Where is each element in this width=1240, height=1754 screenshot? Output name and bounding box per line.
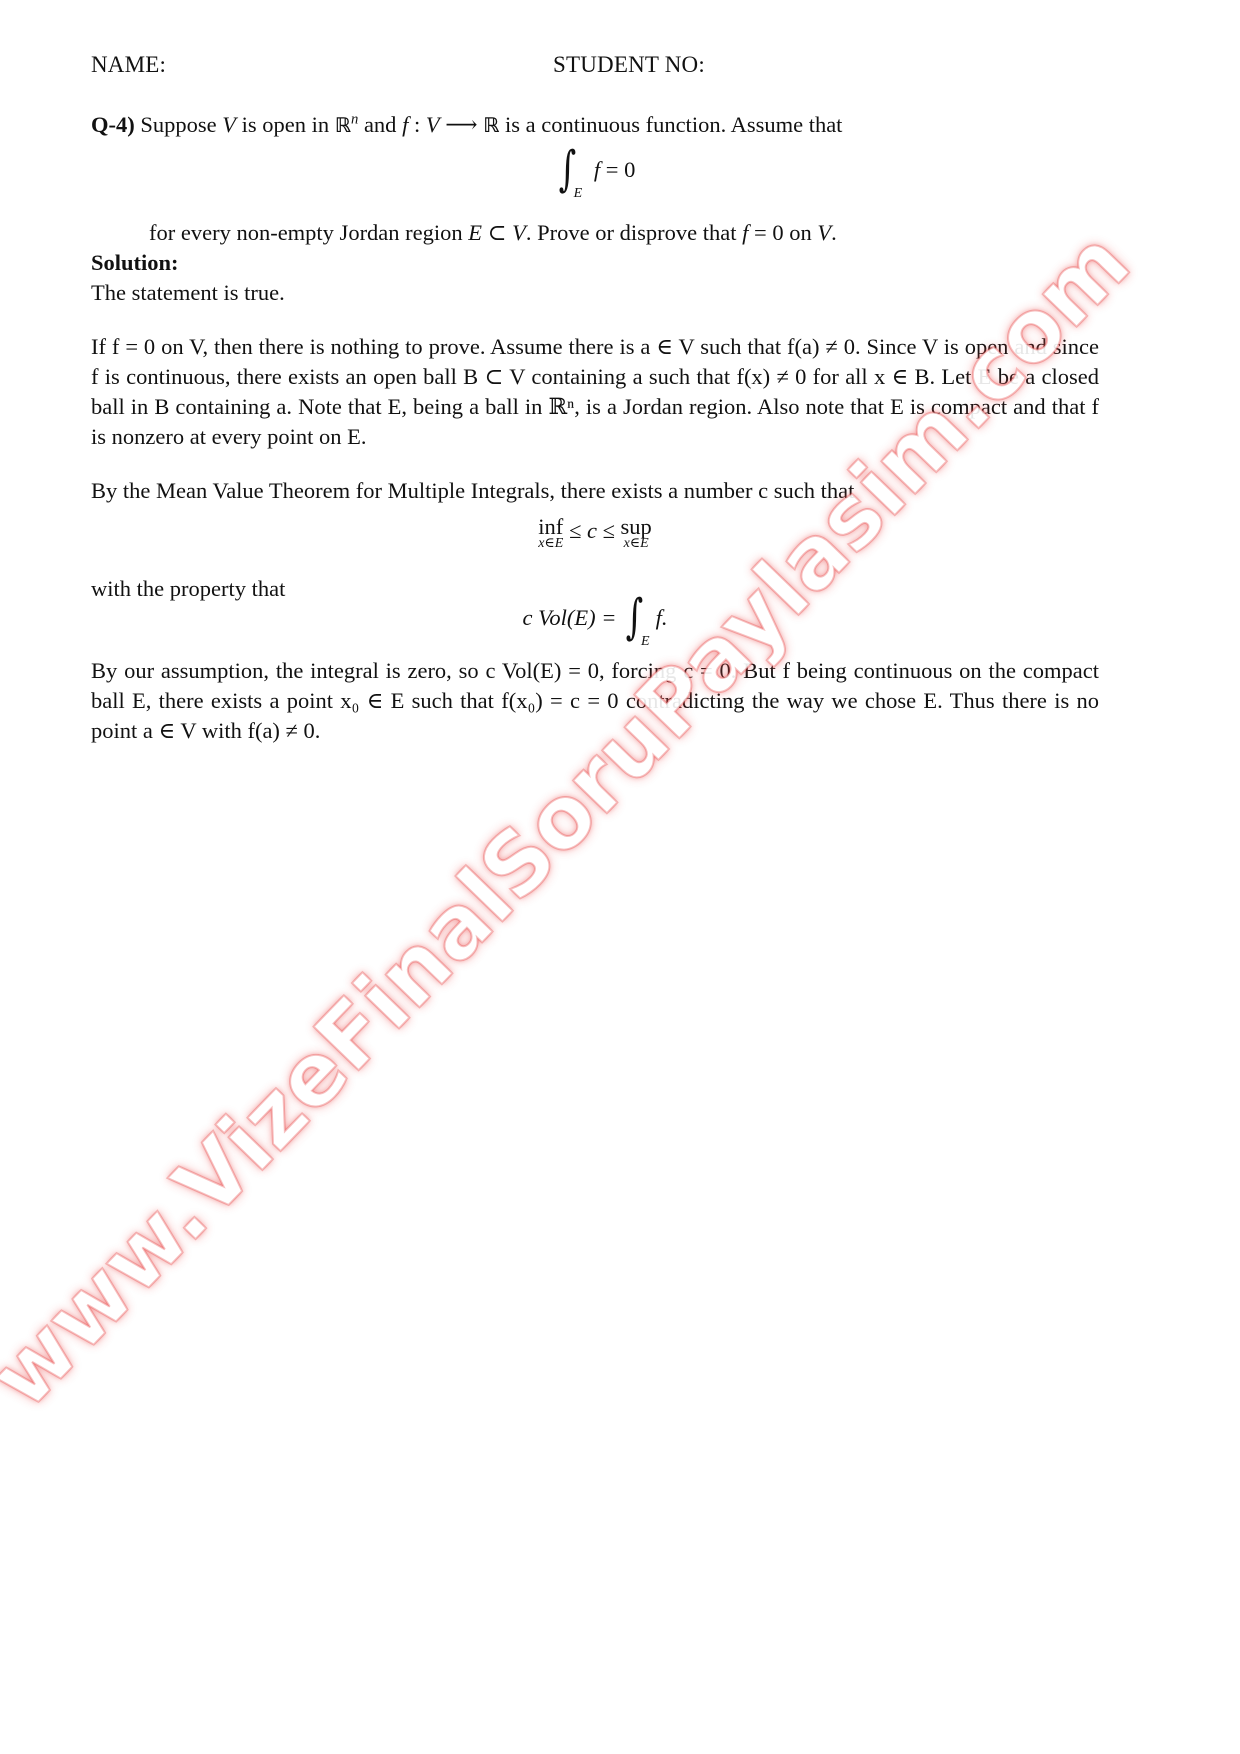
solution-heading: Solution: xyxy=(91,248,1099,278)
student-no-label: STUDENT NO: xyxy=(553,52,705,78)
volume-lhs: c Vol(E) = xyxy=(523,605,623,630)
solution-paragraph-4: By our assumption, the integral is zero,… xyxy=(91,656,1099,746)
question-text: on xyxy=(784,220,818,245)
math-var: V xyxy=(817,220,831,245)
math-reals: ℝ xyxy=(483,113,499,137)
solution-verdict: The statement is true. xyxy=(91,278,1099,308)
question-text: . Prove or disprove that xyxy=(526,220,742,245)
equation-rhs: = 0 xyxy=(600,157,635,182)
sup-operator: sup x∈E xyxy=(621,516,652,550)
inf-sup-inequality: inf x∈E ≤ c ≤ sup x∈E xyxy=(91,506,1099,574)
integral-equation: ∫E f = 0 xyxy=(91,140,1099,218)
question-text: and xyxy=(358,112,402,137)
inf-subscript: x∈E xyxy=(538,538,563,550)
question-statement: Q-4) Suppose V is open in ℝn and f : V ⟶… xyxy=(91,110,1099,140)
integral-subscript: E xyxy=(641,634,650,649)
question-label: Q-4) xyxy=(91,112,135,137)
math-reals: ℝ xyxy=(335,113,351,137)
question-condition: for every non-empty Jordan region E ⊂ V.… xyxy=(91,218,1099,248)
exam-page: NAME: STUDENT NO: Q-4) Suppose V is open… xyxy=(0,0,1240,1754)
inf-operator: inf x∈E xyxy=(538,516,563,550)
question-text: is open in xyxy=(236,112,335,137)
math-arrow: ⟶ xyxy=(440,112,484,137)
sup-subscript: x∈E xyxy=(621,538,652,550)
math-op: ⊂ xyxy=(482,220,512,245)
math-op: : xyxy=(408,112,426,137)
question-text: Suppose xyxy=(140,112,222,137)
question-text: for every non-empty Jordan region xyxy=(149,220,468,245)
solution-paragraph-1: If f = 0 on V, then there is nothing to … xyxy=(91,332,1099,452)
math-var: V xyxy=(426,112,440,137)
math-var: V xyxy=(512,220,526,245)
math-var: E xyxy=(468,220,482,245)
exam-content: Q-4) Suppose V is open in ℝn and f : V ⟶… xyxy=(91,110,1099,746)
inequality-middle: ≤ c ≤ xyxy=(563,518,620,543)
math-op: = 0 xyxy=(748,220,783,245)
math-var: V xyxy=(222,112,236,137)
question-text: is a continuous function. Assume that xyxy=(499,112,842,137)
integral-subscript: E xyxy=(574,186,583,201)
name-label: NAME: xyxy=(91,52,166,78)
solution-paragraph-2: By the Mean Value Theorem for Multiple I… xyxy=(91,476,1099,506)
volume-equation: c Vol(E) = ∫Ef. xyxy=(91,596,1099,656)
question-text: . xyxy=(831,220,837,245)
integrand: f. xyxy=(656,605,668,630)
